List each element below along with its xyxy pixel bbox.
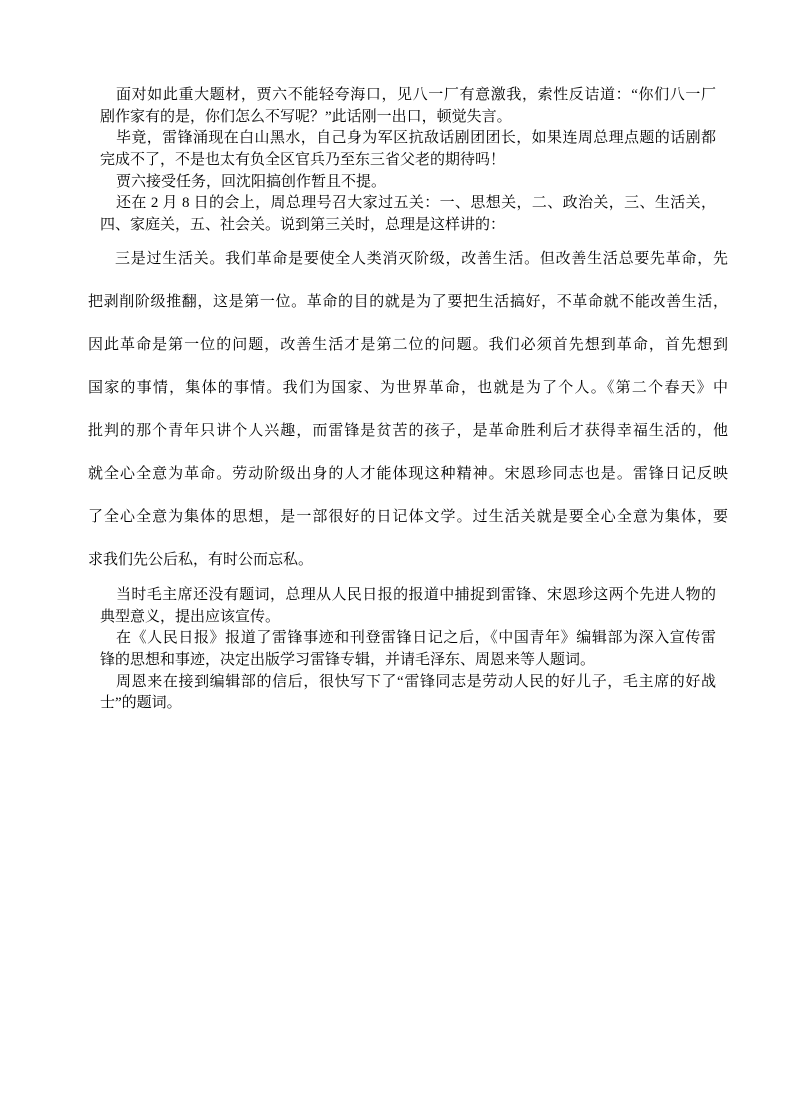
body-paragraph: 面对如此重大题材，贾六不能轻夸海口，见八一厂有意激我，索性反诘道：“你们八一厂剧… <box>100 85 716 128</box>
text-line: 还在 2 月 8 日的会上，周总理号召大家过五关：一、思想关，二、政治关，三、生… <box>100 193 716 215</box>
text-line: 典型意义，提出应该宣传。 <box>100 607 716 629</box>
body-paragraph: 贾六接受任务，回沈阳搞创作暂且不提。 <box>100 172 716 194</box>
text-line: 四、家庭关，五、社会关。说到第三关时，总理是这样讲的： <box>100 215 716 237</box>
body-paragraph: 周恩来在接到编辑部的信后，很快写下了“雷锋同志是劳动人民的好儿子，毛主席的好战士… <box>100 672 716 715</box>
text-line: 三是过生活关。我们革命是要使全人类消灭阶级，改善生活。但改善生活总要先革命，先 <box>88 237 728 280</box>
text-line: 就全心全意为革命。劳动阶级出身的人才能体现这种精神。宋恩珍同志也是。雷锋日记反映 <box>88 452 728 495</box>
body-paragraph: 在《人民日报》报道了雷锋事迹和刊登雷锋日记之后，《中国青年》编辑部为深入宣传雷锋… <box>100 628 716 671</box>
text-line: 在《人民日报》报道了雷锋事迹和刊登雷锋日记之后，《中国青年》编辑部为深入宣传雷 <box>100 628 716 650</box>
text-line: 贾六接受任务，回沈阳搞创作暂且不提。 <box>100 172 716 194</box>
text-line: 求我们先公后私，有时公而忘私。 <box>88 538 728 581</box>
body-paragraph: 还在 2 月 8 日的会上，周总理号召大家过五关：一、思想关，二、政治关，三、生… <box>100 193 716 236</box>
text-line: 了全心全意为集体的思想，是一部很好的日记体文学。过生活关就是要全心全意为集体，要 <box>88 495 728 538</box>
text-line: 周恩来在接到编辑部的信后，很快写下了“雷锋同志是劳动人民的好儿子，毛主席的好战 <box>100 672 716 694</box>
quote-paragraph: 三是过生活关。我们革命是要使全人类消灭阶级，改善生活。但改善生活总要先革命，先把… <box>88 237 728 581</box>
text-line: 国家的事情，集体的事情。我们为国家、为世界革命，也就是为了个人。《第二个春天》中 <box>88 366 728 409</box>
text-line: 面对如此重大题材，贾六不能轻夸海口，见八一厂有意激我，索性反诘道：“你们八一厂 <box>100 85 716 107</box>
text-line: 完成不了，不是也太有负全区官兵乃至东三省父老的期待吗！ <box>100 150 716 172</box>
text-line: 把剥削阶级推翻，这是第一位。革命的目的就是为了要把生活搞好，不革命就不能改善生活… <box>88 280 728 323</box>
text-line: 因此革命是第一位的问题，改善生活才是第二位的问题。我们必须首先想到革命，首先想到 <box>88 323 728 366</box>
text-line: 士”的题词。 <box>100 693 716 715</box>
text-line: 毕竟，雷锋涌现在白山黑水，自己身为军区抗敌话剧团团长，如果连周总理点题的话剧都 <box>100 128 716 150</box>
text-line: 批判的那个青年只讲个人兴趣，而雷锋是贫苦的孩子，是革命胜利后才获得幸福生活的，他 <box>88 409 728 452</box>
text-line: 当时毛主席还没有题词，总理从人民日报的报道中捕捉到雷锋、宋恩珍这两个先进人物的 <box>100 585 716 607</box>
text-line: 锋的思想和事迹，决定出版学习雷锋专辑，并请毛泽东、周恩来等人题词。 <box>100 650 716 672</box>
document-page: 面对如此重大题材，贾六不能轻夸海口，见八一厂有意激我，索性反诘道：“你们八一厂剧… <box>0 0 800 1100</box>
document-text-block: 面对如此重大题材，贾六不能轻夸海口，见八一厂有意激我，索性反诘道：“你们八一厂剧… <box>100 85 716 715</box>
body-paragraph: 当时毛主席还没有题词，总理从人民日报的报道中捕捉到雷锋、宋恩珍这两个先进人物的典… <box>100 585 716 628</box>
text-line: 剧作家有的是，你们怎么不写呢？”此话刚一出口，顿觉失言。 <box>100 107 716 129</box>
body-paragraph: 毕竟，雷锋涌现在白山黑水，自己身为军区抗敌话剧团团长，如果连周总理点题的话剧都完… <box>100 128 716 171</box>
